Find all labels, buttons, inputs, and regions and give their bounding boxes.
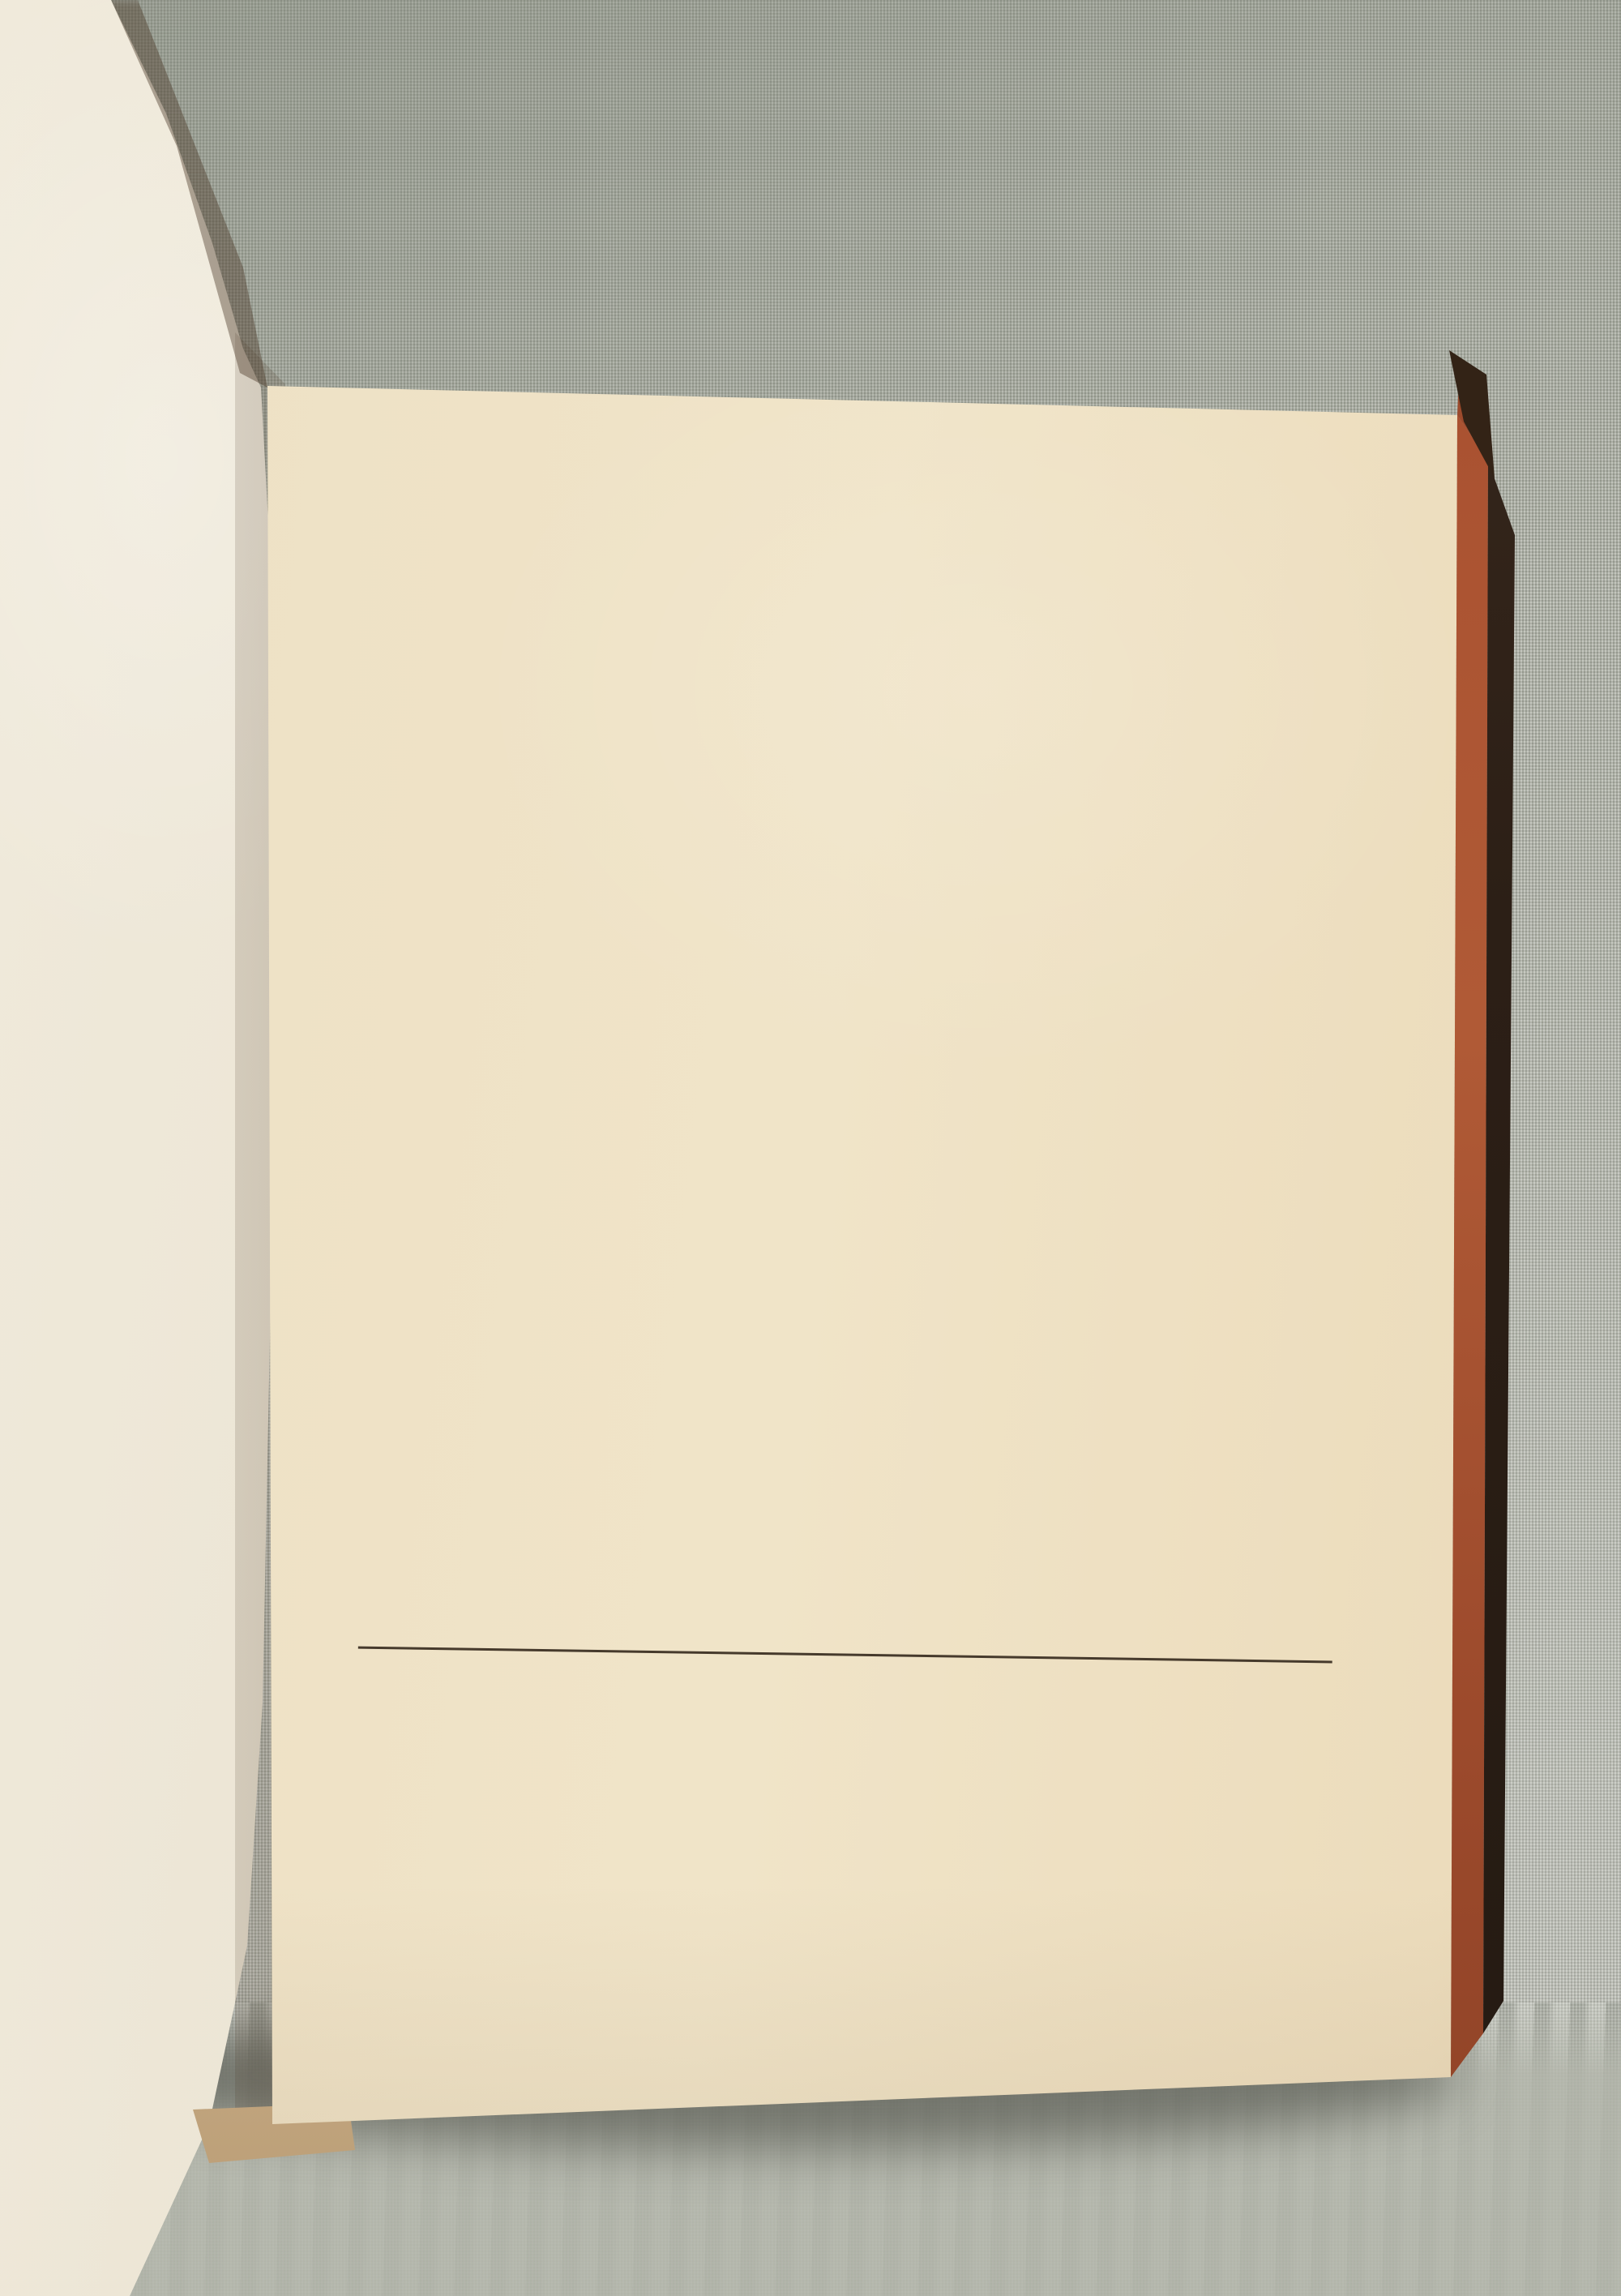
footnote-rule xyxy=(358,1647,1332,1664)
paragraph-belisarius xyxy=(363,1335,1337,1350)
page-footer xyxy=(353,1997,1327,2044)
paragraph-angel-vision xyxy=(361,1434,1336,1449)
page-header xyxy=(375,447,1350,503)
book-photo xyxy=(0,0,1621,2296)
paragraph-history xyxy=(370,820,1345,834)
paragraph-intro xyxy=(375,512,1349,526)
block-quote-merivale xyxy=(373,637,1347,652)
right-page-content xyxy=(245,387,1460,2114)
running-head-title xyxy=(376,447,1350,461)
footnotes xyxy=(357,1668,1332,1682)
